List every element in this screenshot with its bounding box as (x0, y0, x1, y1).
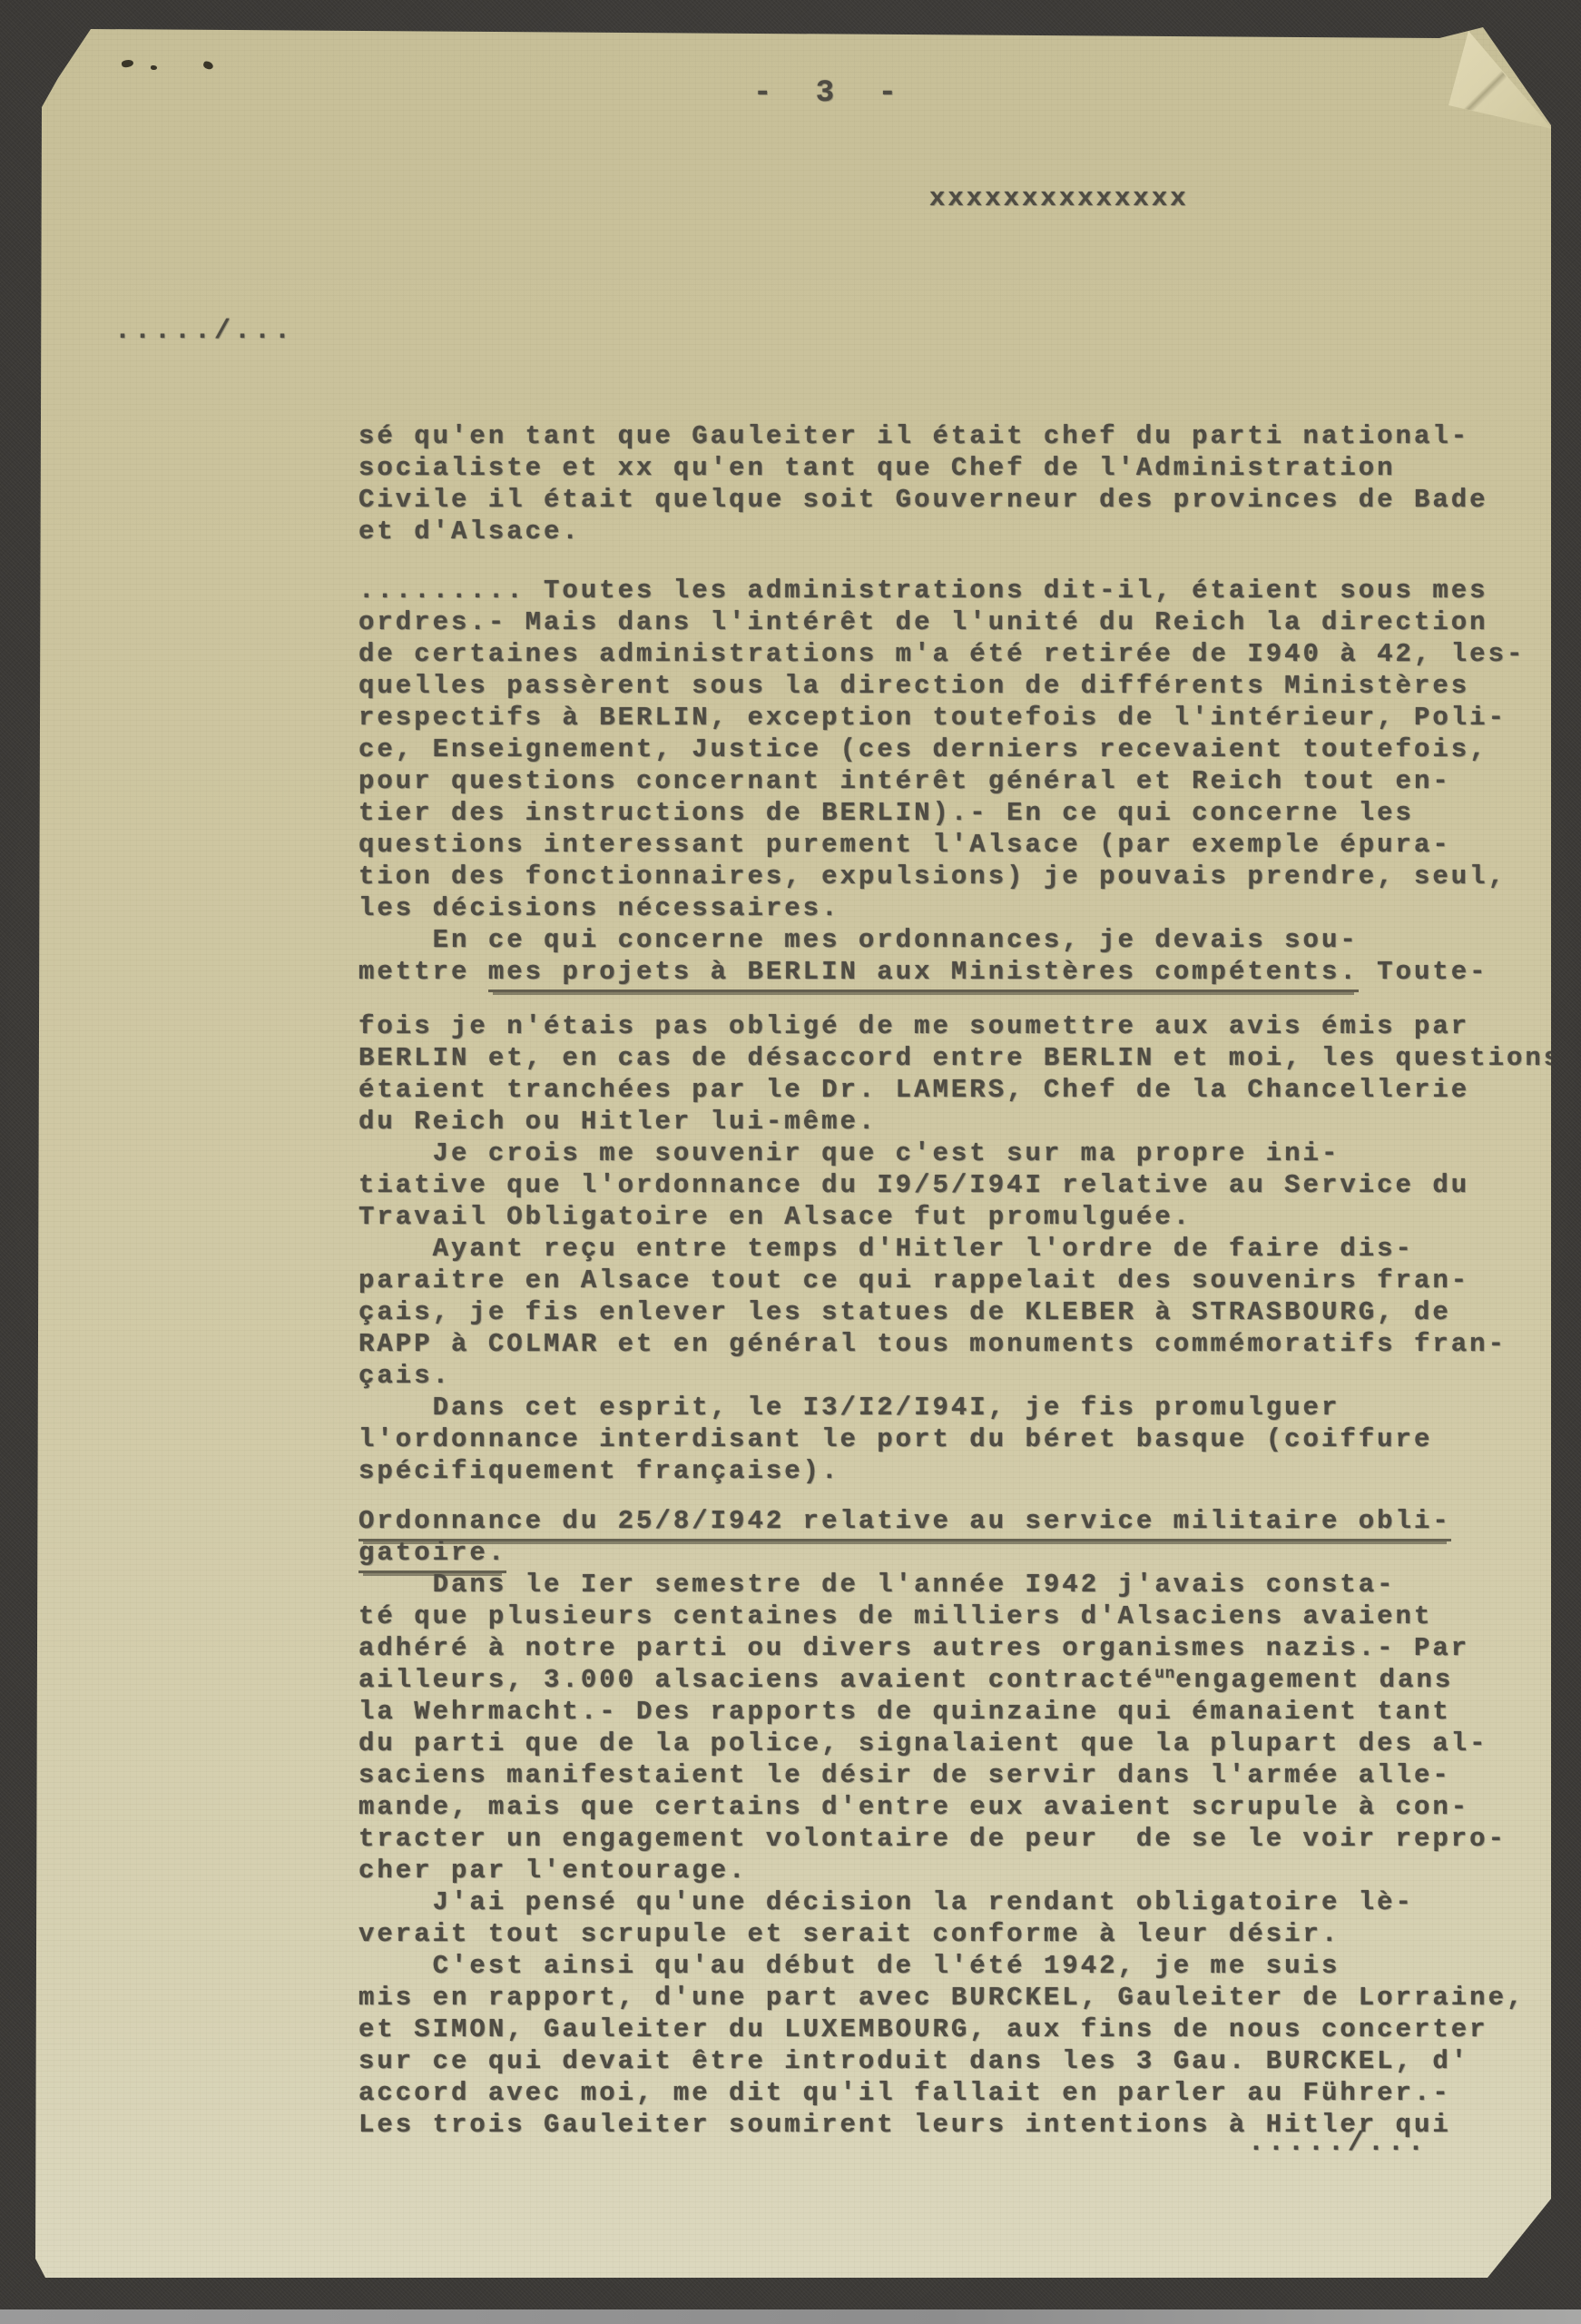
document-line-segment: Dans le Ier semestre de l'année I942 j'a… (358, 1570, 1396, 1600)
document-line: de certaines administrations m'a été ret… (358, 638, 1575, 670)
document-line-segment: fois je n'étais pas obligé de me soumett… (358, 1011, 1469, 1041)
document-line: respectifs à BERLIN, exception toutefois… (358, 702, 1575, 734)
document-line: paraitre en Alsace tout ce qui rappelait… (358, 1265, 1575, 1296)
document-line: et d'Alsace. (358, 516, 1575, 547)
document-line-segment: l'ordonnance interdisant le port du bére… (358, 1424, 1432, 1454)
document-line: spécifiquement française). (358, 1455, 1575, 1487)
document-line: verait tout scrupule et serait conforme … (358, 1918, 1575, 1950)
document-line: quelles passèrent sous la direction de d… (358, 670, 1575, 702)
document-line: té que plusieurs centaines de milliers d… (358, 1600, 1575, 1632)
document-line-segment: RAPP à COLMAR et en général tous monumen… (358, 1329, 1507, 1359)
document-line-segment: ordres.- Mais dans l'intérêt de l'unité … (358, 607, 1488, 637)
document-line-segment: les décisions nécessaires. (358, 893, 840, 923)
document-line-segment: Je crois me souvenir que c'est sur ma pr… (358, 1138, 1340, 1168)
document-line: Dans le Ier semestre de l'année I942 j'a… (358, 1569, 1575, 1600)
document-text: sé qu'en tant que Gauleiter il était che… (358, 420, 1575, 2141)
document-line-segment: accord avec moi, me dit qu'il fallait en… (358, 2078, 1451, 2108)
document-line-segment: cher par l'entourage. (358, 1856, 747, 1886)
document-line: ce, Enseignement, Justice (ces derniers … (358, 734, 1575, 765)
document-line-segment: quelles passèrent sous la direction de d… (358, 671, 1469, 701)
document-line: gatoire. (358, 1537, 1575, 1569)
document-line-segment: ailleurs, 3.000 alsaciens avaient contra… (358, 1665, 1154, 1695)
document-line-segment: paraitre en Alsace tout ce qui rappelait… (358, 1265, 1469, 1295)
document-line-segment: questions interessant purement l'Alsace … (358, 830, 1451, 860)
page-number: - 3 - (753, 76, 909, 111)
document-line: Dans cet esprit, le I3/I2/I94I, je fis p… (358, 1392, 1575, 1423)
document-line-segment: mettre (358, 957, 488, 987)
document-line-segment: tiative que l'ordonnance du I9/5/I94I re… (358, 1170, 1469, 1200)
document-line: Civile il était quelque soit Gouverneur … (358, 484, 1575, 516)
document-line: les décisions nécessaires. (358, 892, 1575, 924)
fold-crease-line (1456, 31, 1547, 125)
document-line-segment: Travail Obligatoire en Alsace fut promul… (358, 1202, 1192, 1232)
document-line-segment: verait tout scrupule et serait conforme … (358, 1919, 1340, 1949)
document-line: étaient tranchées par le Dr. LAMERS, Che… (358, 1074, 1575, 1106)
document-line-segment: engagement dans (1175, 1665, 1453, 1695)
document-line-segment: tion des fonctionnaires, expulsions) je … (358, 862, 1507, 891)
paper-speck (151, 65, 157, 70)
document-line: Ordonnance du 25/8/I942 relative au serv… (358, 1505, 1575, 1537)
document-line: Travail Obligatoire en Alsace fut promul… (358, 1201, 1575, 1233)
document-line: sur ce qui devait être introduit dans le… (358, 2045, 1575, 2077)
document-line-segment: de certaines administrations m'a été ret… (358, 639, 1525, 669)
document-line: adhéré à notre parti ou divers autres or… (358, 1632, 1575, 1664)
document-line: tracter un engagement volontaire de peur… (358, 1823, 1575, 1855)
document-line: Je crois me souvenir que c'est sur ma pr… (358, 1137, 1575, 1169)
document-line: mis en rapport, d'une part avec BURCKEL,… (358, 1982, 1575, 2014)
document-line-segment: C'est ainsi qu'au début de l'été 1942, j… (358, 1951, 1340, 1981)
document-line-segment: et d'Alsace. (358, 517, 581, 547)
document-line-segment: du Reich ou Hitler lui-même. (358, 1107, 877, 1137)
document-line: tion des fonctionnaires, expulsions) je … (358, 861, 1575, 892)
document-line: l'ordonnance interdisant le port du bére… (358, 1423, 1575, 1455)
document-line-segment: et SIMON, Gauleiter du LUXEMBOURG, aux f… (358, 2014, 1488, 2044)
document-line: mettre mes projets à BERLIN aux Ministèr… (358, 956, 1575, 988)
document-line-segment: Ordonnance du 25/8/I942 relative au serv… (358, 1506, 1451, 1541)
document-line-segment: En ce qui concerne mes ordonnances, je d… (358, 925, 1359, 955)
document-line: socialiste et xx qu'en tant que Chef de … (358, 452, 1575, 484)
document-line-segment: çais. (358, 1361, 451, 1391)
continuation-mark-bottom: ...../... (1248, 2128, 1428, 2159)
document-line: ailleurs, 3.000 alsaciens avaient contra… (358, 1664, 1575, 1696)
document-line: En ce qui concerne mes ordonnances, je d… (358, 924, 1575, 956)
document-line: C'est ainsi qu'au début de l'été 1942, j… (358, 1950, 1575, 1982)
document-page: - 3 - xxxxxxxxxxxxxx ...../... sé qu'en … (34, 24, 1552, 2279)
document-line: et SIMON, Gauleiter du LUXEMBOURG, aux f… (358, 2014, 1575, 2045)
document-line: fois je n'étais pas obligé de me soumett… (358, 1010, 1575, 1042)
document-line-segment: Toute- (1359, 957, 1488, 987)
document-line-segment: adhéré à notre parti ou divers autres or… (358, 1633, 1469, 1663)
document-line-segment: la Wehrmacht.- Des rapports de quinzaine… (358, 1697, 1451, 1727)
document-line: questions interessant purement l'Alsace … (358, 829, 1575, 861)
document-line-segment: étaient tranchées par le Dr. LAMERS, Che… (358, 1075, 1469, 1105)
document-line-segment: un (1154, 1666, 1175, 1683)
document-line-segment: pour questions concernant intérêt généra… (358, 766, 1451, 796)
document-line-segment: respectifs à BERLIN, exception toutefois… (358, 703, 1507, 733)
document-line-segment: tracter un engagement volontaire de peur… (358, 1824, 1507, 1854)
continuation-mark-top: ...../... (114, 316, 294, 347)
document-line: pour questions concernant intérêt généra… (358, 765, 1575, 797)
document-line: RAPP à COLMAR et en général tous monumen… (358, 1328, 1575, 1360)
document-line-segment: tier des instructions de BERLIN).- En ce… (358, 798, 1414, 828)
document-line: sé qu'en tant que Gauleiter il était che… (358, 420, 1575, 452)
document-line-segment: BERLIN et, en cas de désaccord entre BER… (358, 1043, 1562, 1073)
document-line-segment: ce, Enseignement, Justice (ces derniers … (358, 734, 1488, 764)
document-line: Ayant reçu entre temps d'Hitler l'ordre … (358, 1233, 1575, 1265)
document-line: çais, je fis enlever les statues de KLEB… (358, 1296, 1575, 1328)
document-line-segment: J'ai pensé qu'une décision la rendant ob… (358, 1887, 1414, 1917)
document-line: ordres.- Mais dans l'intérêt de l'unité … (358, 606, 1575, 638)
document-line-segment: çais, je fis enlever les statues de KLEB… (358, 1297, 1451, 1327)
strikeout-x-row: xxxxxxxxxxxxxx (929, 183, 1189, 213)
paper-speck (121, 59, 133, 69)
document-line: ......... Toutes les administrations dit… (358, 575, 1575, 606)
document-line-segment: spécifiquement française). (358, 1456, 840, 1486)
document-line: accord avec moi, me dit qu'il fallait en… (358, 2077, 1575, 2109)
scanner-bed-strip (0, 2309, 1581, 2324)
scan-background: - 3 - xxxxxxxxxxxxxx ...../... sé qu'en … (0, 0, 1581, 2324)
document-line-segment: sur ce qui devait être introduit dans le… (358, 2046, 1469, 2076)
document-line: tiative que l'ordonnance du I9/5/I94I re… (358, 1169, 1575, 1201)
document-line-segment: té que plusieurs centaines de milliers d… (358, 1601, 1432, 1631)
paper-speck (202, 60, 214, 70)
document-line: saciens manifestaient le désir de servir… (358, 1759, 1575, 1791)
document-line-segment: mes projets à BERLIN aux Ministères comp… (488, 957, 1359, 992)
document-line: cher par l'entourage. (358, 1855, 1575, 1886)
document-line-segment: mis en rapport, d'une part avec BURCKEL,… (358, 1983, 1525, 2013)
document-line: BERLIN et, en cas de désaccord entre BER… (358, 1042, 1575, 1074)
document-line-segment: saciens manifestaient le désir de servir… (358, 1760, 1451, 1790)
document-line-segment: du parti que de la police, signalaient q… (358, 1728, 1488, 1758)
document-line-segment: Civile il était quelque soit Gouverneur … (358, 485, 1488, 515)
document-line-segment: sé qu'en tant que Gauleiter il était che… (358, 421, 1469, 451)
document-line: du Reich ou Hitler lui-même. (358, 1106, 1575, 1137)
document-line-segment: Dans cet esprit, le I3/I2/I94I, je fis p… (358, 1393, 1340, 1423)
document-line: çais. (358, 1360, 1575, 1392)
document-line: mande, mais que certains d'entre eux ava… (358, 1791, 1575, 1823)
document-line: du parti que de la police, signalaient q… (358, 1728, 1575, 1759)
document-line-segment: socialiste et xx qu'en tant que Chef de … (358, 453, 1396, 483)
document-line-segment: mande, mais que certains d'entre eux ava… (358, 1792, 1469, 1822)
document-line: J'ai pensé qu'une décision la rendant ob… (358, 1886, 1575, 1918)
document-line-segment: Ayant reçu entre temps d'Hitler l'ordre … (358, 1234, 1414, 1264)
document-line: la Wehrmacht.- Des rapports de quinzaine… (358, 1696, 1575, 1728)
document-line: tier des instructions de BERLIN).- En ce… (358, 797, 1575, 829)
document-line-segment: ......... Toutes les administrations dit… (358, 576, 1488, 606)
